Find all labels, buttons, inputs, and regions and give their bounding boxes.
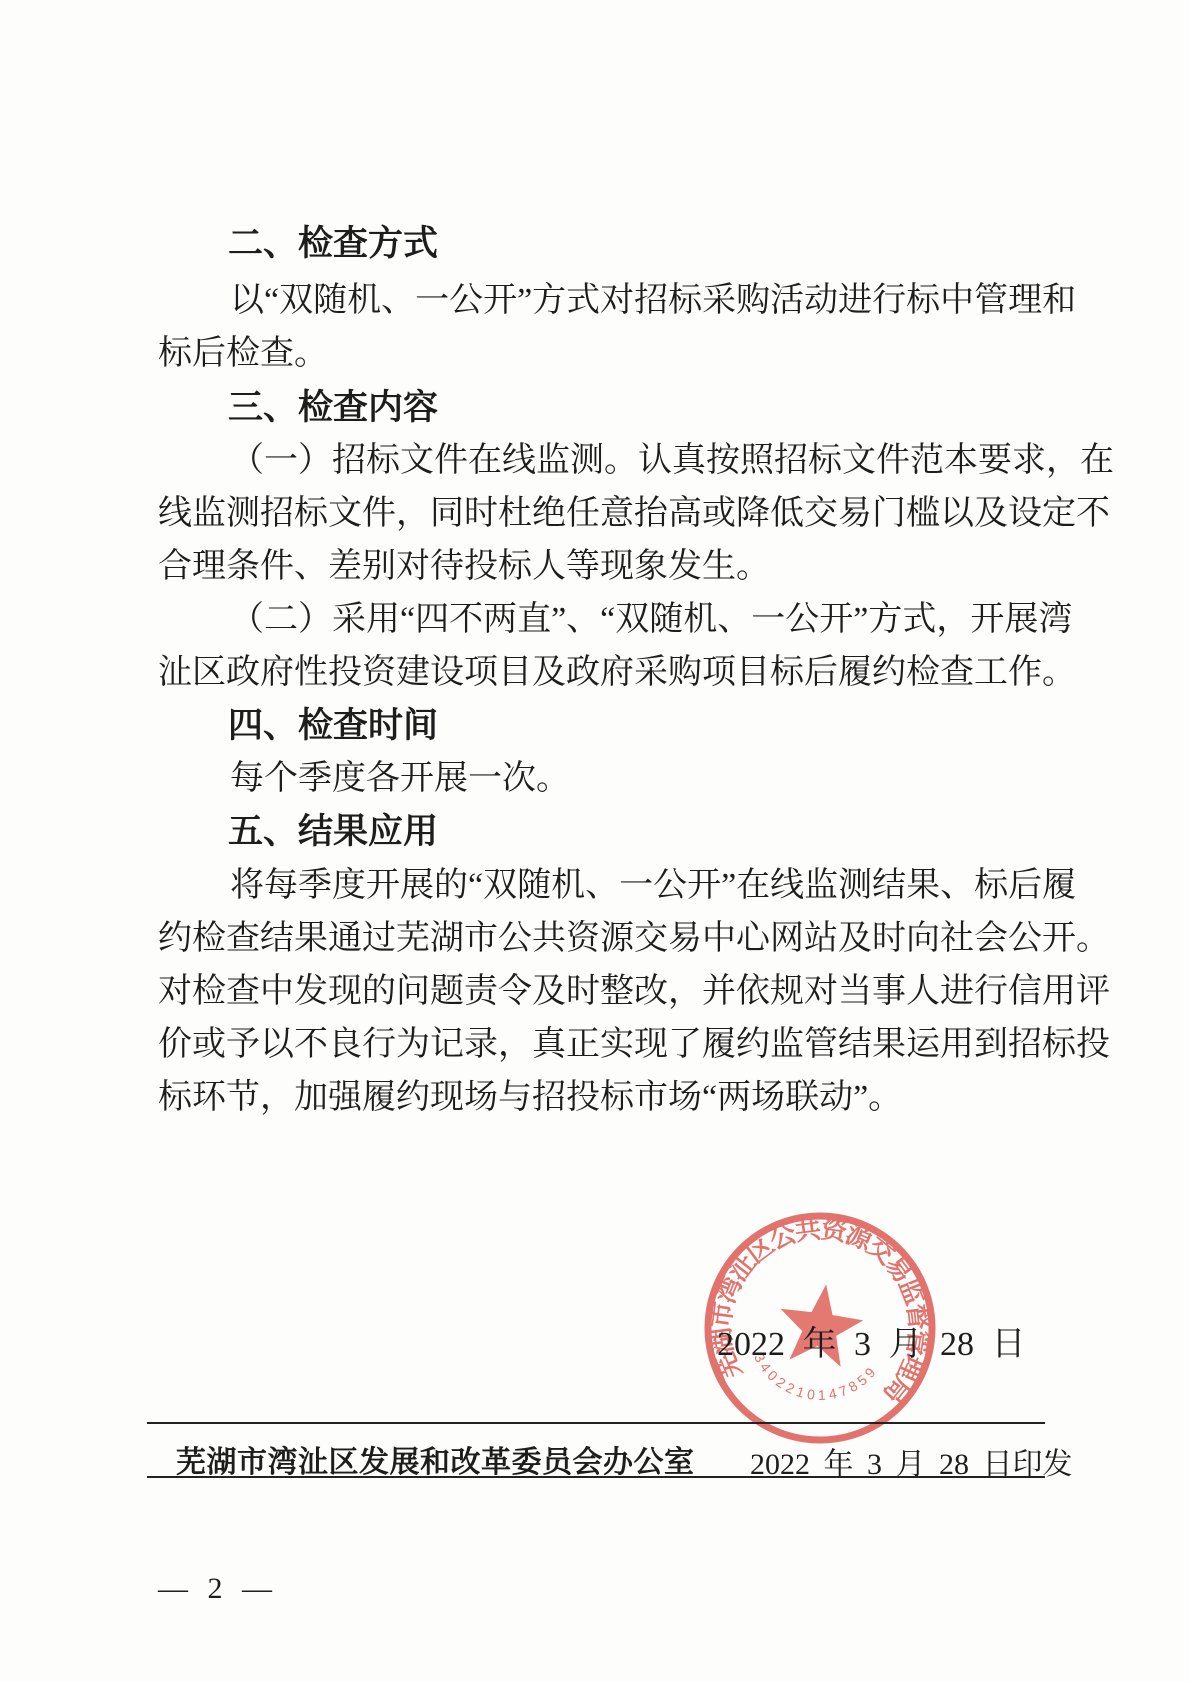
section-heading-4: 四、检查时间 (228, 706, 438, 746)
body-line: 合理条件、差别对待投标人等现象发生。 (158, 547, 770, 587)
document-page: 二、检查方式 以“双随机、一公开”方式对招标采购活动进行标中管理和 标后检查。 … (0, 0, 1190, 1682)
body-line: 沚区政府性投资建设项目及政府采购项目标后履约检查工作。 (158, 653, 1076, 693)
body-line: （一）招标文件在线监测。认真按照招标文件范本要求，在 (230, 441, 1114, 481)
footer-rule-top (147, 1422, 1045, 1424)
body-line: 对检查中发现的问题责令及时整改，并依规对当事人进行信用评 (158, 972, 1110, 1012)
body-line: （二）采用“四不两直”、“双随机、一公开”方式，开展湾 (230, 600, 1072, 640)
body-line: 每个季度各开展一次。 (230, 759, 570, 799)
body-line: 价或予以不良行为记录，真正实现了履约监管结果运用到招标投 (158, 1025, 1110, 1065)
body-line: 约检查结果通过芜湖市公共资源交易中心网站及时向社会公开。 (158, 919, 1110, 959)
footer-rule-bottom (147, 1476, 1045, 1478)
body-line: 将每季度开展的“双随机、一公开”在线监测结果、标后履 (230, 866, 1076, 906)
body-line: 以“双随机、一公开”方式对招标采购活动进行标中管理和 (230, 281, 1076, 321)
body-line: 线监测招标文件，同时杜绝任意抬高或降低交易门槛以及设定不 (158, 494, 1110, 534)
body-line: 标后检查。 (158, 334, 328, 374)
body-line: 标环节，加强履约现场与招投标市场“两场联动”。 (158, 1078, 902, 1118)
section-heading-5: 五、结果应用 (228, 812, 438, 852)
page-number: — 2 — (158, 1572, 278, 1606)
section-heading-3: 三、检查内容 (228, 388, 438, 428)
section-heading-2: 二、检查方式 (228, 224, 438, 264)
footer-issuer: 芜湖市湾沚区发展和改革委员会办公室 (176, 1437, 695, 1481)
issue-date: 2022 年 3 月 28 日 (717, 1316, 1026, 1365)
